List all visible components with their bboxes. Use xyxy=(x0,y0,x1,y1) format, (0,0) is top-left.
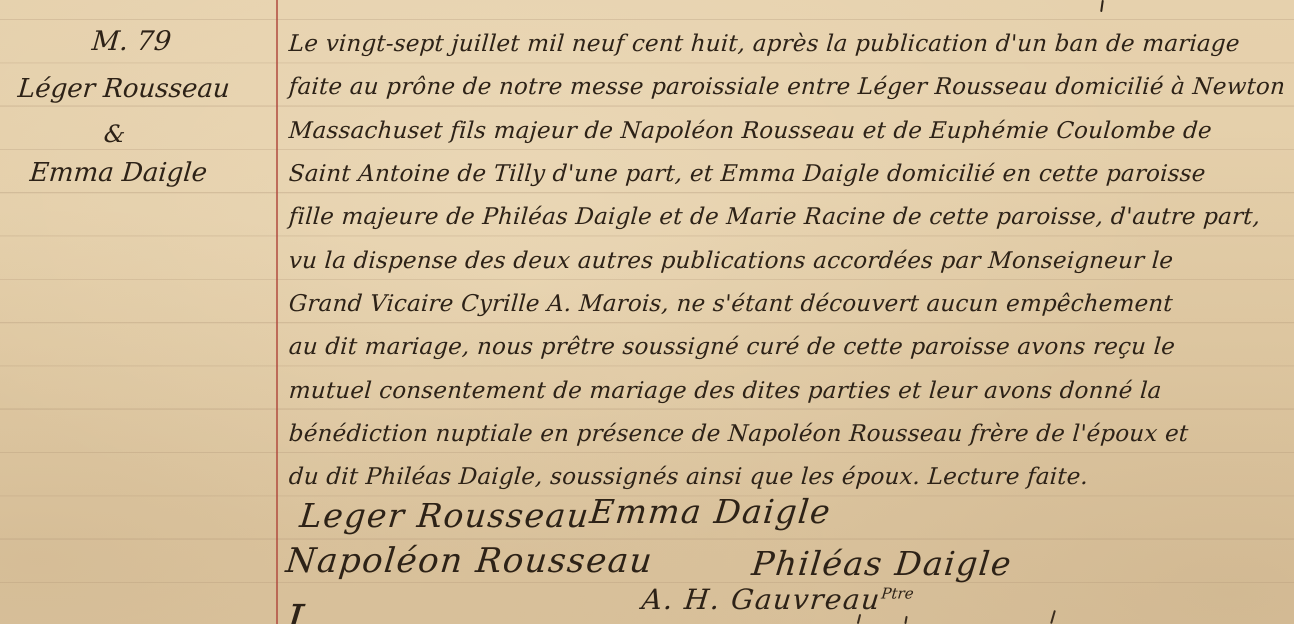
entry-number: M. 79 xyxy=(91,26,173,57)
record-line-9: mutuel consentement de mariage des dites… xyxy=(288,378,1162,404)
partial-stroke xyxy=(1050,610,1056,624)
record-line-8: au dit mariage, nous prêtre soussigné cu… xyxy=(288,334,1176,360)
signature-priest: A. H. GauvreauPtre xyxy=(640,583,914,616)
priest-title-abbreviation: Ptre xyxy=(881,585,915,603)
record-line-10: bénédiction nuptiale en présence de Napo… xyxy=(288,421,1189,447)
record-line-3: Massachuset fils majeur de Napoléon Rous… xyxy=(288,118,1213,144)
signature-bride: Emma Daigle xyxy=(588,492,833,531)
record-line-7: Grand Vicaire Cyrille A. Marois, ne s'ét… xyxy=(288,291,1174,317)
record-line-11: du dit Philéas Daigle, soussignés ainsi … xyxy=(288,464,1089,490)
register-page: M. 79 Léger Rousseau & Emma Daigle Le vi… xyxy=(0,0,1294,624)
margin-ampersand: & xyxy=(103,120,127,148)
record-line-4: Saint Antoine de Tilly d'une part, et Em… xyxy=(288,161,1206,187)
next-entry-partial-letter: L xyxy=(286,596,318,624)
margin-bride-name: Emma Daigle xyxy=(29,158,209,188)
record-line-6: vu la dispense des deux autres publicati… xyxy=(288,248,1174,274)
signature-groom: Leger Rousseau xyxy=(298,496,592,535)
red-margin-line xyxy=(276,0,278,624)
signature-father-of-groom: Napoléon Rousseau xyxy=(284,541,655,581)
partial-stroke xyxy=(904,616,907,624)
ruled-lines xyxy=(0,19,1294,624)
priest-name: A. H. Gauvreau xyxy=(640,583,882,616)
signature-father-of-bride: Philéas Daigle xyxy=(750,544,1014,583)
record-line-5: fille majeure de Philéas Daigle et de Ma… xyxy=(288,204,1261,230)
record-line-2: faite au prône de notre messe paroissial… xyxy=(288,74,1286,100)
stray-ink-mark xyxy=(1100,0,1104,12)
record-line-1: Le vingt-sept juillet mil neuf cent huit… xyxy=(288,31,1241,57)
margin-groom-name: Léger Rousseau xyxy=(17,74,231,104)
